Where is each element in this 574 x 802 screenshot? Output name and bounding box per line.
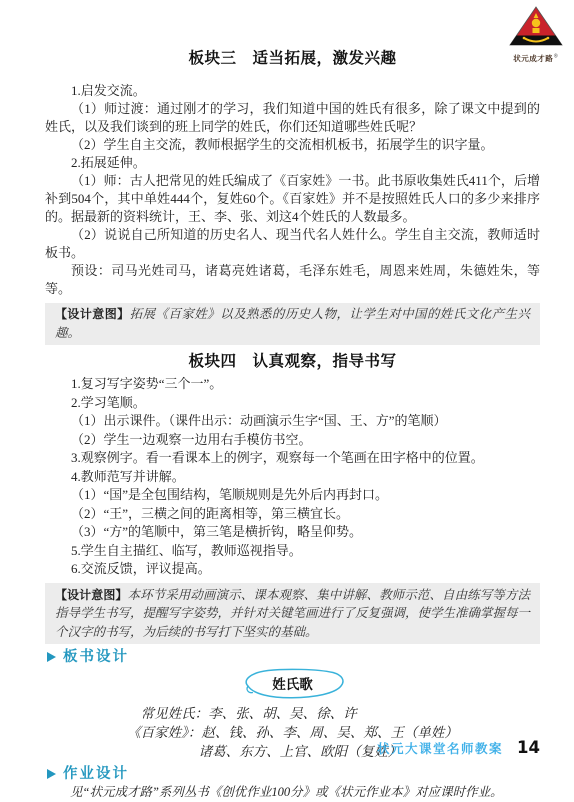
page-number: 14 bbox=[517, 738, 540, 757]
section4-item-7: （1）“国”是全包围结构，笔顺规则是先外后内再封口。 bbox=[45, 486, 540, 505]
section3-item-2: （1）师过渡：通过刚才的学习，我们知道中国的姓氏有很多，除了课文中提到的姓氏，以… bbox=[45, 100, 540, 136]
brand-logo-text: 状元成才路® bbox=[505, 53, 567, 64]
design-intent-label: 【设计意图】 bbox=[55, 307, 130, 321]
section3-title: 板块三 适当拓展，激发兴趣 bbox=[45, 48, 540, 68]
topic-bubble-text: 姓氏歌 bbox=[238, 673, 348, 693]
homework-design-heading: 作业设计 bbox=[47, 765, 540, 783]
design-intent-label: 【设计意图】 bbox=[55, 588, 127, 602]
section4-item-5: 3.观察例字。看一看课本上的例字，观察每一个笔画在田字格中的位置。 bbox=[45, 449, 540, 468]
page: 状元成才路® 板块三 适当拓展，激发兴趣 1.启发交流。 （1）师过渡：通过刚才… bbox=[0, 0, 574, 801]
section4-item-1: 1.复习写字姿势“三个一”。 bbox=[45, 375, 540, 394]
topic-bubble: 姓氏歌 bbox=[238, 666, 348, 700]
triangle-bullet-icon bbox=[47, 652, 56, 662]
section4-item-4: （2）学生一边观察一边用右手模仿书空。 bbox=[45, 431, 540, 450]
design-intent-box-1: 【设计意图】拓展《百家姓》以及熟悉的历史人物，让学生对中国的姓氏文化产生兴趣。 bbox=[45, 303, 540, 345]
section4-item-6: 4.教师范写并讲解。 bbox=[45, 468, 540, 487]
registered-mark: ® bbox=[553, 54, 559, 60]
page-footer: 状元大课堂名师教案 14 bbox=[377, 738, 540, 757]
design-intent-text: 本环节采用动画演示、课本观察、集中讲解、教师示范、自由练写等方法指导学生书写，提… bbox=[55, 588, 530, 639]
homework-text: 见“状元成才路”系列丛书《创优作业100分》或《状元作业本》对应课时作业。 bbox=[45, 783, 540, 801]
section3-item-6: （2）说说自己所知道的历史名人、现当代名人姓什么。学生自主交流，教师适时板书。 bbox=[45, 226, 540, 262]
board-design-heading-label: 板书设计 bbox=[63, 648, 129, 666]
footer-brand-text: 状元大课堂名师教案 bbox=[377, 739, 503, 757]
design-intent-box-2: 【设计意图】本环节采用动画演示、课本观察、集中讲解、教师示范、自由练写等方法指导… bbox=[45, 583, 540, 645]
section4-item-10: 5.学生自主描红、临写，教师巡视指导。 bbox=[45, 542, 540, 561]
section4-title: 板块四 认真观察，指导书写 bbox=[45, 351, 540, 371]
section4-item-2: 2.学习笔顺。 bbox=[45, 394, 540, 413]
section3-item-5: （1）师：古人把常见的姓氏编成了《百家姓》一书。此书原收集姓氏411个，后增补到… bbox=[45, 172, 540, 226]
brand-logo-icon bbox=[507, 5, 565, 47]
section4-item-9: （3）“方”的笔顺中，第三笔是横折钩，略呈仰势。 bbox=[45, 523, 540, 542]
section4-item-3: （1）出示课件。（课件出示：动画演示生字“国、王、方”的笔顺） bbox=[45, 412, 540, 431]
brand-name: 状元成才路 bbox=[513, 54, 553, 63]
brand-logo: 状元成才路® bbox=[505, 5, 567, 64]
board-line-1: 常见姓氏：李、张、胡、吴、徐、许 bbox=[127, 704, 458, 723]
section4-item-11: 6.交流反馈，评议提高。 bbox=[45, 560, 540, 579]
section3-item-3: （2）学生自主交流，教师根据学生的交流相机板书，拓展学生的识字量。 bbox=[45, 136, 540, 154]
section3-item-7: 预设：司马光姓司马，诸葛亮姓诸葛，毛泽东姓毛，周恩来姓周，朱德姓朱，等等。 bbox=[45, 262, 540, 298]
triangle-bullet-icon bbox=[47, 769, 56, 779]
section3-item-4: 2.拓展延伸。 bbox=[45, 154, 540, 172]
homework-design-heading-label: 作业设计 bbox=[63, 765, 129, 783]
board-design-heading: 板书设计 bbox=[47, 648, 540, 666]
section3-item-1: 1.启发交流。 bbox=[45, 82, 540, 100]
section4-item-8: （2）“王”，三横之间的距离相等，第三横宜长。 bbox=[45, 505, 540, 524]
